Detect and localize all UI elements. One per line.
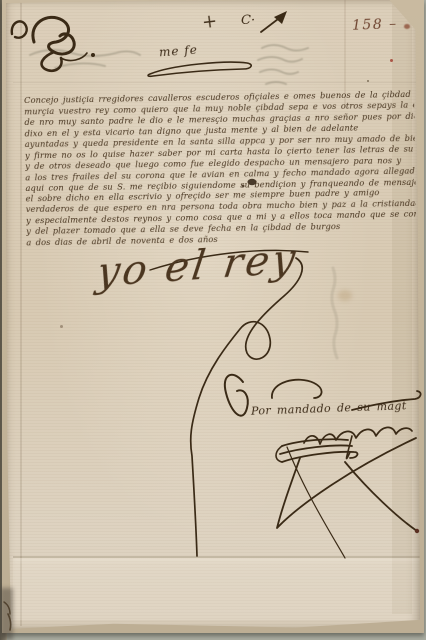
faint-foxing-stain [338,290,352,301]
cross-icon: + [201,10,219,34]
fold-crease-main [13,556,425,558]
fold-crease-left [20,2,22,626]
bottom-left-wear [0,588,13,640]
body-text: Concejo justiçia rregidores cavalleros e… [24,89,416,248]
manuscript-photo: { "letter": { "folio_number": "158 –", "… [0,0,426,640]
folio-number: 158 – [352,16,398,34]
wax-stain [404,24,410,29]
tiny-speck [60,325,63,328]
red-speck-stain [390,59,393,62]
c-mark: C· [241,13,255,28]
fold-lower-panel [13,558,425,620]
fold-crease-faint [13,82,423,83]
docket-note: me fe [159,43,199,60]
small-ink-speck [367,80,369,82]
